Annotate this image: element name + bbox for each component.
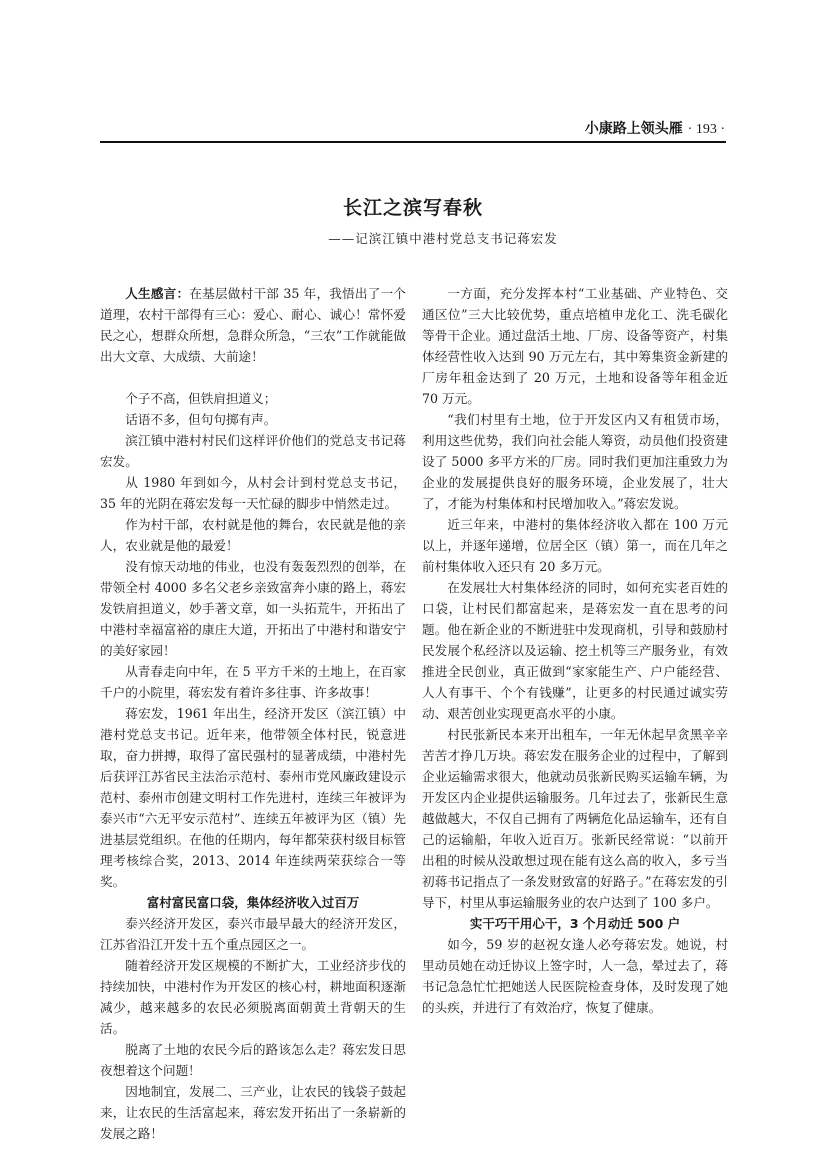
- paragraph: 蒋宏发，1961 年出生，经济开发区（滨江镇）中港村党总支书记。近年来，他带领全…: [100, 703, 406, 892]
- paragraph: 在发展壮大村集体经济的同时，如何充实老百姓的口袋，让村民们都富起来，是蒋宏发一直…: [422, 577, 728, 724]
- section-heading: 实干巧干用心干，3 个月动迁 500 户: [422, 913, 728, 934]
- right-column: 一方面，充分发挥本村“工业基础、产业特色、交通区位”三大比较优势，重点培植申龙化…: [422, 283, 728, 1018]
- paragraph: 泰兴经济开发区，泰兴市最早最大的经济开发区，江苏省沿江开发十五个重点园区之一。: [100, 913, 406, 955]
- motto: 人生感言：在基层做村干部 35 年，我悟出了一个道理，农村干部得有三心：爱心、耐…: [100, 283, 406, 367]
- running-title: 小康路上领头雁: [585, 121, 683, 137]
- page-number: · 193 ·: [688, 122, 725, 137]
- paragraph: 话语不多，但句句掷有声。: [100, 409, 406, 430]
- article-title: 长江之滨写春秋: [0, 193, 826, 220]
- paragraph: 从青春走向中年，在 5 平方千米的土地上，在百家千户的小院里，蒋宏发有着许多往事…: [100, 661, 406, 703]
- paragraph: 没有惊天动地的伟业，也没有轰轰烈烈的创举，在带领全村 4000 多名父老乡亲致富…: [100, 556, 406, 661]
- paragraph: 滨江镇中港村村民们这样评价他们的党总支书记蒋宏发。: [100, 430, 406, 472]
- paragraph: 从 1980 年到如今，从村会计到村党总支书记，35 年的光阴在蒋宏发每一天忙碌…: [100, 472, 406, 514]
- paragraph: 如今，59 岁的赵祝女逢人必夸蒋宏发。她说，村里动员她在动迁协议上签字时，人一急…: [422, 934, 728, 1018]
- paragraph: 个子不高，但铁肩担道义；: [100, 388, 406, 409]
- section-heading: 富村富民富口袋，集体经济收入过百万: [100, 892, 406, 913]
- paragraph: “我们村里有土地，位于开发区内又有租赁市场，利用这些优势，我们向社会能人筹资，动…: [422, 409, 728, 514]
- paragraph: 随着经济开发区规模的不断扩大，工业经济步伐的持续加快，中港村作为开发区的核心村，…: [100, 955, 406, 1039]
- paragraph: 脱离了土地的农民今后的路该怎么走？蒋宏发日思夜想着这个问题！: [100, 1039, 406, 1081]
- paragraph: 一方面，充分发挥本村“工业基础、产业特色、交通区位”三大比较优势，重点培植申龙化…: [422, 283, 728, 409]
- motto-label: 人生感言：: [125, 286, 189, 301]
- left-column: 人生感言：在基层做村干部 35 年，我悟出了一个道理，农村干部得有三心：爱心、耐…: [100, 283, 406, 1144]
- paragraph: 作为村干部，农村就是他的舞台，农民就是他的亲人，农业就是他的最爱！: [100, 514, 406, 556]
- paragraph: 近三年来，中港村的集体经济收入都在 100 万元以上，并逐年递增，位居全区（镇）…: [422, 514, 728, 577]
- paragraph: 因地制宜，发展二、三产业，让农民的钱袋子鼓起来，让农民的生活富起来，蒋宏发开拓出…: [100, 1081, 406, 1144]
- running-header: 小康路上领头雁 · 193 ·: [100, 118, 725, 138]
- header-rule: [100, 141, 726, 143]
- article-subtitle: ——记滨江镇中港村党总支书记蒋宏发: [0, 229, 826, 247]
- paragraph: 村民张新民本来开出租车，一年无休起早贪黑辛辛苦苦才挣几万块。蒋宏发在服务企业的过…: [422, 724, 728, 913]
